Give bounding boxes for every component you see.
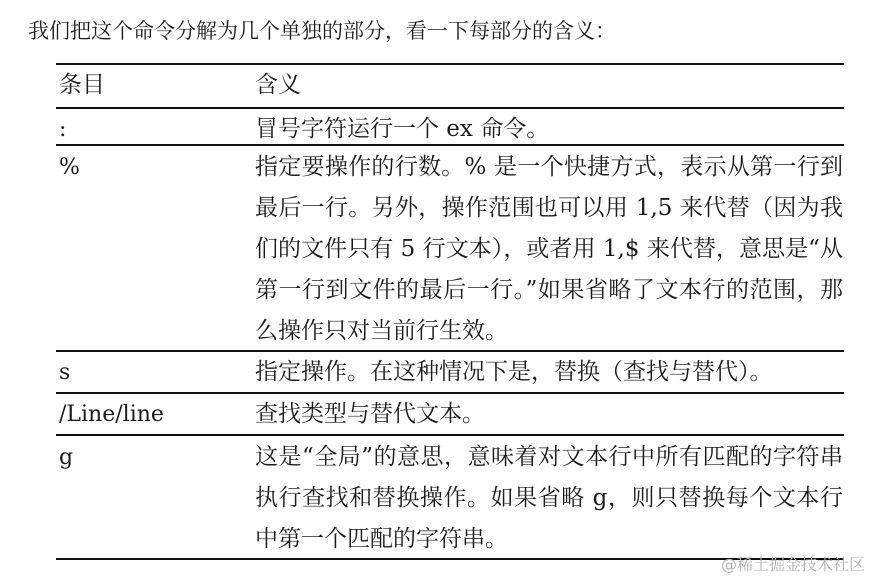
table-row: % 指定要操作的行数。% 是一个快捷方式，表示从第一行到最后一行。另外，操作范围… [56,146,844,352]
command-parts-table: 条目 含义 : 冒号字符运行一个 ex 命令。 % 指定要操作的行数。% 是一个… [56,63,844,560]
item-colon: : [56,109,255,146]
header-item: 条目 [56,65,255,106]
meaning-percent: 指定要操作的行数。% 是一个快捷方式，表示从第一行到最后一行。另外，操作范围也可… [255,147,844,352]
watermark: @稀土掘金技术社区 [721,552,865,575]
meaning-colon: 冒号字符运行一个 ex 命令。 [255,109,844,146]
meaning-line-pattern: 查找类型与替代文本。 [255,394,844,435]
intro-text: 我们把这个命令分解为几个单独的部分，看一下每部分的含义： [28,17,616,45]
header-meaning: 含义 [255,65,844,106]
item-line-pattern: /Line/line [56,394,255,435]
meaning-s: 指定操作。在这种情况下是，替换（查找与替代）。 [255,352,844,393]
table-row: /Line/line 查找类型与替代文本。 [56,394,844,436]
table-row: s 指定操作。在这种情况下是，替换（查找与替代）。 [56,352,844,394]
item-g: g [56,437,255,478]
table-header-row: 条目 含义 [56,65,844,109]
item-s: s [56,352,255,393]
table-row: : 冒号字符运行一个 ex 命令。 [56,109,844,146]
item-percent: % [56,147,255,188]
table-row: g 这是“全局”的意思，意味着对文本行中所有匹配的字符串执行查找和替换操作。如果… [56,436,844,560]
meaning-g: 这是“全局”的意思，意味着对文本行中所有匹配的字符串执行查找和替换操作。如果省略… [255,437,844,560]
